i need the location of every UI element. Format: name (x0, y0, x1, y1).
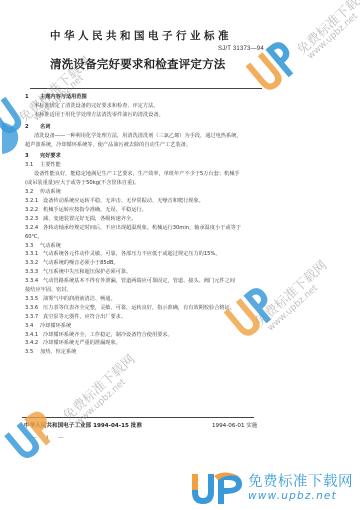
clause-number: 3.5 (25, 348, 40, 357)
up-logo-icon (2, 118, 22, 158)
section-heading: 3完好要求 (25, 152, 270, 161)
clause-number: 3 (25, 152, 40, 161)
paragraph-line: 清洗设备——一种利用化学处理方法，用清洗清洗剂（三氯乙烯）为手段，通过电热系统， (25, 132, 270, 141)
clause-number: 3.2 (25, 188, 40, 197)
clause-text: 气动系统的噪音必须小于85dB。 (43, 260, 119, 266)
clause-number: 3.2.2 (25, 206, 43, 215)
clause-number: 3.3.6 (25, 304, 43, 313)
clause-number: 3.2.3 (25, 215, 43, 224)
clause-text: 清洗设备——一种利用化学处理方法，用清洗清洗剂（三氯乙烯）为手段，通过电热系统， (34, 133, 242, 139)
clause-text: 接结应牢固、密封。 (25, 287, 72, 293)
clause-number: 3.2.4 (25, 224, 43, 233)
up-logo-icon (244, 38, 304, 93)
clause-text: 气动管路系统基本不得有外泄漏，管道两端应可靠固定，管道、接头、阀门元件之间 (43, 278, 235, 284)
clause-number: 3.3.7 (25, 313, 43, 322)
brand-site-url: www.upbz.net (248, 490, 337, 502)
clause-text: 冷却循环系统 (40, 323, 71, 329)
clause-number: 3.3.3 (25, 268, 43, 277)
clause-line: 3.3.3气压系统中失压和超压保护必须可靠。 (25, 268, 270, 277)
clause-number: 3.3.1 (25, 250, 43, 259)
clause-text: 真空泵等元器件，应符合出厂要求。 (43, 314, 126, 320)
clause-text: 气压系统中失压和超压保护必须可靠。 (43, 269, 131, 275)
clause-number: 3.1 (25, 161, 40, 170)
clause-number: 3.3.2 (25, 259, 43, 268)
clause-line: 3.2传动系统 (25, 188, 270, 197)
clause-number: 3.2.1 (25, 197, 43, 206)
clause-text: 机械手运转应按指令准确，无误、平稳运行。 (43, 207, 147, 213)
brand-logo-icon (190, 470, 246, 506)
clause-text: 各转动轴承经规定时间后，不应出现超温现象。机械运行30min，轴承温度小于或等于 (43, 225, 241, 231)
clause-line: 3.2.3减、变速装置完好无损，各级转速齐全。 (25, 215, 270, 224)
clause-number: 3.4.2 (25, 339, 43, 348)
clause-text: 名词 (40, 124, 50, 130)
clause-text: 完好要求 (40, 153, 61, 159)
paragraph-line: 60℃。 (25, 233, 270, 242)
clause-text: 本标准适用于用化学处理方法清洗零件油污的清洗设备。 (34, 112, 164, 118)
paragraph-line: 本标准规定了清洗设备的完好要求和检查、评定方法。 (25, 102, 270, 111)
clause-text: 60℃。 (25, 234, 43, 240)
paragraph-line: 超声波系统，冷却循环系统等，使产品油污被去除的自动生产工艺装备。 (25, 141, 270, 150)
paragraph-line: 本标准适用于用化学处理方法清洗零件油污的清洗设备。 (25, 111, 270, 120)
clause-line: 3.2.2机械手运转应按指令准确，无误、平稳运行。 (25, 206, 270, 215)
brand-site-name: 免费标准下载网 (248, 470, 353, 491)
clause-text: 压力表等仪表齐全完整，灵敏、可靠，运转良好，指示准确，有有效期校验合格证。 (43, 305, 235, 311)
document-page: 中华人民共和国电子行业标准 SJ/T 31373—94 清洗设备完好要求和检查评… (0, 0, 360, 510)
clause-number: 3.3.5 (25, 295, 43, 304)
clause-text: 主要性能 (40, 162, 61, 168)
clause-text: 设备性能良好，能稳定地满足生产工艺要求，生产效率，单班年产不少于5万台套；机械手 (34, 171, 240, 177)
up-logo-icon (222, 284, 282, 339)
section-heading: 2名词 (25, 123, 270, 132)
clause-line: 3.5加热、恒定系统 (25, 348, 270, 357)
clause-line: 3.1主要性能 (25, 161, 270, 170)
paragraph-line: 设备性能良好，能稳定地满足生产工艺要求，生产效率，单班年产不少于5万台套；机械手 (25, 170, 270, 179)
clause-text: 气动系统 (40, 243, 61, 249)
implementation-date: 1994-06-01 实施 (212, 421, 257, 429)
clause-line: 3.3.1气动系统各元件动作灵敏、可靠，各部压力不应低于或超过规定压力的15%。 (25, 250, 270, 259)
clause-text: 设备传动系统应运转平稳，无冲击、无异常振动、无噪音和爬行现象。 (43, 198, 204, 204)
clause-text: (或吊装重量)应大于或等于50kg(不含筐体自重)。 (25, 180, 139, 186)
issuing-organization: 中华人民共和国电子行业标准 (50, 28, 232, 43)
paragraph-line: (或吊装重量)应大于或等于50kg(不含筐体自重)。 (25, 179, 270, 188)
up-logo-icon (4, 410, 60, 460)
clause-text: 减、变速装置完好无损，各级转速齐全。 (43, 216, 136, 222)
watermark-text-center: 免费标准下载网 (58, 349, 138, 424)
clause-text: 加热、恒定系统 (40, 349, 76, 355)
clause-text: 冷却循环系统无严重的泄漏现象。 (43, 340, 121, 346)
clause-text: 气动系统各元件动作灵敏、可靠，各部压力不应低于或超过规定压力的15%。 (43, 251, 221, 257)
clause-number: 3.3 (25, 242, 40, 251)
clause-number: 3.4 (25, 322, 40, 331)
clause-line: 3.3.2气动系统的噪音必须小于85dB。 (25, 259, 270, 268)
clause-number: 3.3.4 (25, 277, 43, 286)
clause-text: 超声波系统，冷却循环系统等，使产品油污被去除的自动生产工艺装备。 (25, 142, 191, 148)
clause-line: 3.2.1设备传动系统应运转平稳，无冲击、无异常振动、无噪音和爬行现象。 (25, 197, 270, 206)
clause-text: 冷却循环系统齐全，工作稳定，制冷设备符合使用要求。 (43, 332, 173, 338)
clause-text: 油雾气中的润滑液清洁、畅通。 (43, 296, 116, 302)
clause-number: 3.4.1 (25, 331, 43, 340)
clause-line: 3.3气动系统 (25, 242, 270, 251)
clause-line: 3.4.2冷却循环系统无严重的泄漏现象。 (25, 339, 270, 348)
clause-text: 传动系统 (40, 189, 61, 195)
clause-line: 3.2.4各转动轴承经规定时间后，不应出现超温现象。机械运行30min，轴承温度… (25, 224, 270, 233)
